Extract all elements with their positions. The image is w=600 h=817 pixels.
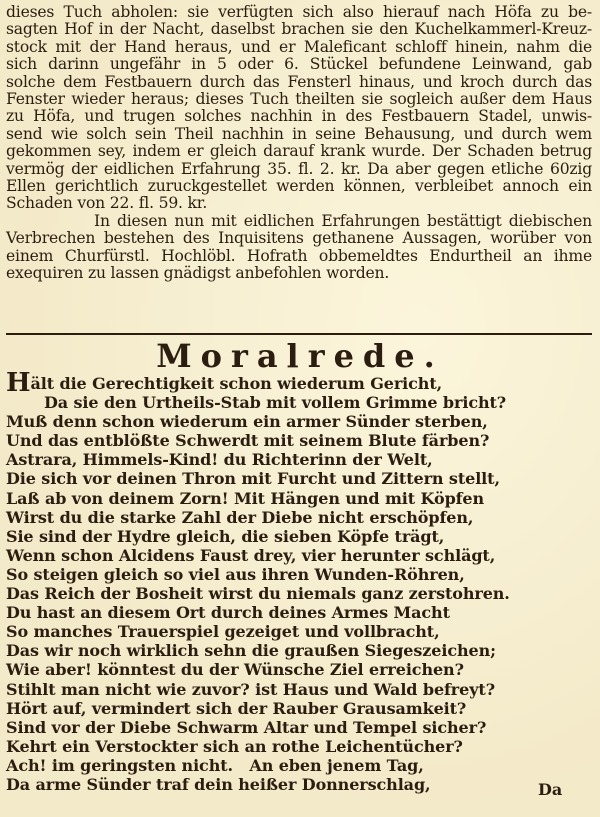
prose-line: send wie solch sein Theil nachhin in sei… xyxy=(6,126,592,143)
poem-line: Wenn schon Alcidens Faust drey, vier her… xyxy=(6,546,596,565)
prose-line: dieses Tuch abholen: sie verfügten sich … xyxy=(6,4,592,21)
prose-line: gekommen sey, indem er gleich darauf kra… xyxy=(6,143,592,160)
poem-line: Kehrt ein Verstockter sich an rothe Leic… xyxy=(6,737,596,756)
poem-line: Sind vor der Diebe Schwarm Altar und Tem… xyxy=(6,718,596,737)
prose-line: zu Höfa, und trugen solches nachhin in d… xyxy=(6,108,592,125)
poem-line: So manches Trauerspiel gezeiget und voll… xyxy=(6,622,596,641)
prose-paragraph: dieses Tuch abholen: sie verfügten sich … xyxy=(6,4,592,283)
prose-line: sagten Hof in der Nacht, daselbst brache… xyxy=(6,21,592,38)
prose-line: sich darinn ungefähr in 5 oder 6. Stücke… xyxy=(6,56,592,73)
prose-line: stock mit der Hand heraus, und er Malefi… xyxy=(6,39,592,56)
prose-line: einem Churfürstl. Hochlöbl. Hofrath obbe… xyxy=(6,248,592,265)
poem-line: Sie sind der Hydre gleich, die sieben Kö… xyxy=(6,527,596,546)
poem-line: Muß denn schon wiederum ein armer Sünder… xyxy=(6,412,596,431)
poem-line: So steigen gleich so viel aus ihren Wund… xyxy=(6,565,596,584)
poem-line: Und das entblößte Schwerdt mit seinem Bl… xyxy=(6,431,596,450)
drop-cap: H xyxy=(6,368,30,398)
poem-line: Stihlt man nicht wie zuvor? ist Haus und… xyxy=(6,680,596,699)
poem-line: Da sie den Urtheils-Stab mit vollem Grim… xyxy=(6,393,596,412)
prose-line: solche dem Festbauern durch das Fensterl… xyxy=(6,74,592,91)
prose-line: vermög der eidlichen Erfahrung 35. fl. 2… xyxy=(6,161,592,178)
section-heading: Moralrede. xyxy=(0,338,600,374)
catchword: Da xyxy=(538,780,562,799)
poem-line: Die sich vor deinen Thron mit Furcht und… xyxy=(6,469,596,488)
poem-line: Wie aber! könntest du der Wünsche Ziel e… xyxy=(6,660,596,679)
poem-line: Astrara, Himmels-Kind! du Richterinn der… xyxy=(6,450,596,469)
poem-line: Hält die Gerechtigkeit schon wiederum Ge… xyxy=(6,374,596,393)
poem-line: Laß ab von deinem Zorn! Mit Hängen und m… xyxy=(6,489,596,508)
poem-line: Das wir noch wirklich sehn die graußen S… xyxy=(6,641,596,660)
section-divider xyxy=(6,333,592,335)
poem-line: Du hast an diesem Ort durch deines Armes… xyxy=(6,603,596,622)
document-page: dieses Tuch abholen: sie verfügten sich … xyxy=(0,0,600,817)
poem-line: Hört auf, vermindert sich der Rauber Gra… xyxy=(6,699,596,718)
poem-line: Ach! im geringsten nicht. An eben jenem … xyxy=(6,756,596,775)
prose-line: Schaden von 22. fl. 59. kr. xyxy=(6,195,592,212)
prose-line: Verbrechen bestehen des Inquisitens geth… xyxy=(6,230,592,247)
poem-line: Wirst du die starke Zahl der Diebe nicht… xyxy=(6,508,596,527)
prose-line: Fenster wieder heraus; dieses Tuch theil… xyxy=(6,91,592,108)
prose-line: exequiren zu lassen gnädigst anbefohlen … xyxy=(6,265,592,282)
poem: Hält die Gerechtigkeit schon wiederum Ge… xyxy=(6,374,596,794)
poem-line: Das Reich der Bosheit wirst du niemals g… xyxy=(6,584,596,603)
poem-line: Da arme Sünder traf dein heißer Donnersc… xyxy=(6,775,596,794)
prose-line: In diesen nun mit eidlichen Erfahrungen … xyxy=(6,213,592,230)
prose-line: Ellen gerichtlich zuruckgestellet werden… xyxy=(6,178,592,195)
